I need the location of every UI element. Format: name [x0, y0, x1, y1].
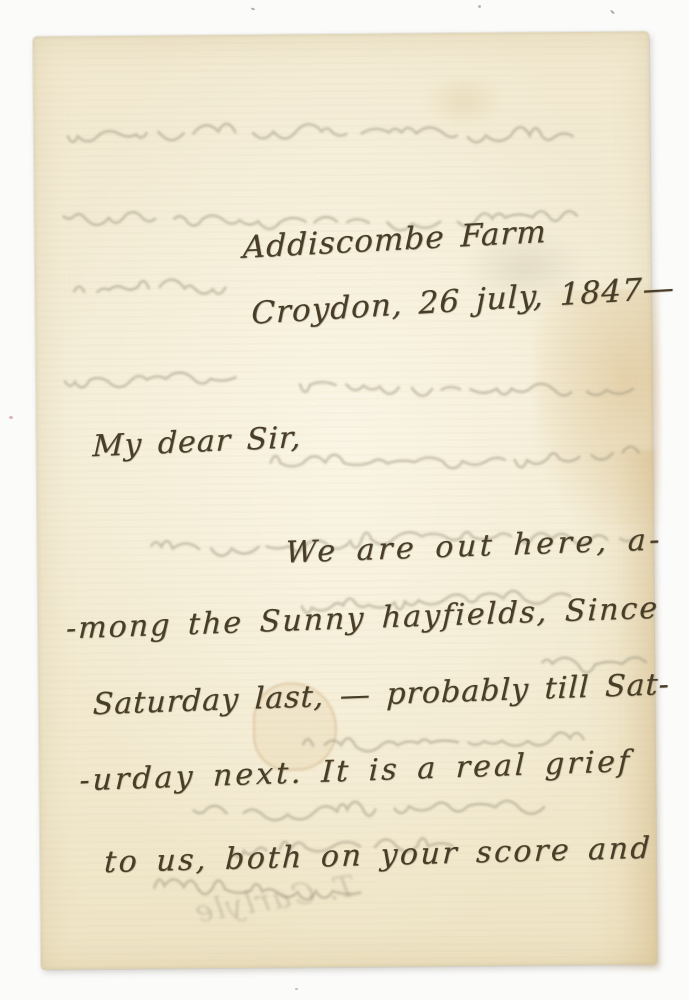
dust-speck: [478, 5, 481, 8]
letter-body-line: We are out here, a-: [285, 523, 664, 569]
letter-salutation: My dear Sir,: [92, 421, 302, 463]
letter-body-line: -urday next. It is a real grief: [79, 745, 633, 797]
letter-body-line: -mong the Sunny hayfields, Since: [66, 592, 660, 646]
bleedthrough-writing: [33, 31, 657, 969]
dust-speck: [251, 7, 255, 10]
letter-body-line: to us, both on your score and: [103, 832, 652, 879]
letter-page: T. Carlyle Addiscombe Farm Croydon, 26 j…: [33, 31, 657, 969]
letter-body-line: Saturday last, — probably till Sat-: [92, 668, 670, 721]
water-stain: [533, 289, 661, 526]
dust-speck: [295, 988, 298, 990]
bleedthrough-signature: T. Carlyle: [135, 869, 358, 940]
letter-date-line: Croydon, 26 july, 1847—: [251, 271, 675, 331]
foxing-spot: [425, 75, 501, 128]
dust-speck: [610, 10, 615, 15]
letter-place-line: Addiscombe Farm: [242, 215, 547, 265]
dust-speck: [9, 416, 13, 419]
